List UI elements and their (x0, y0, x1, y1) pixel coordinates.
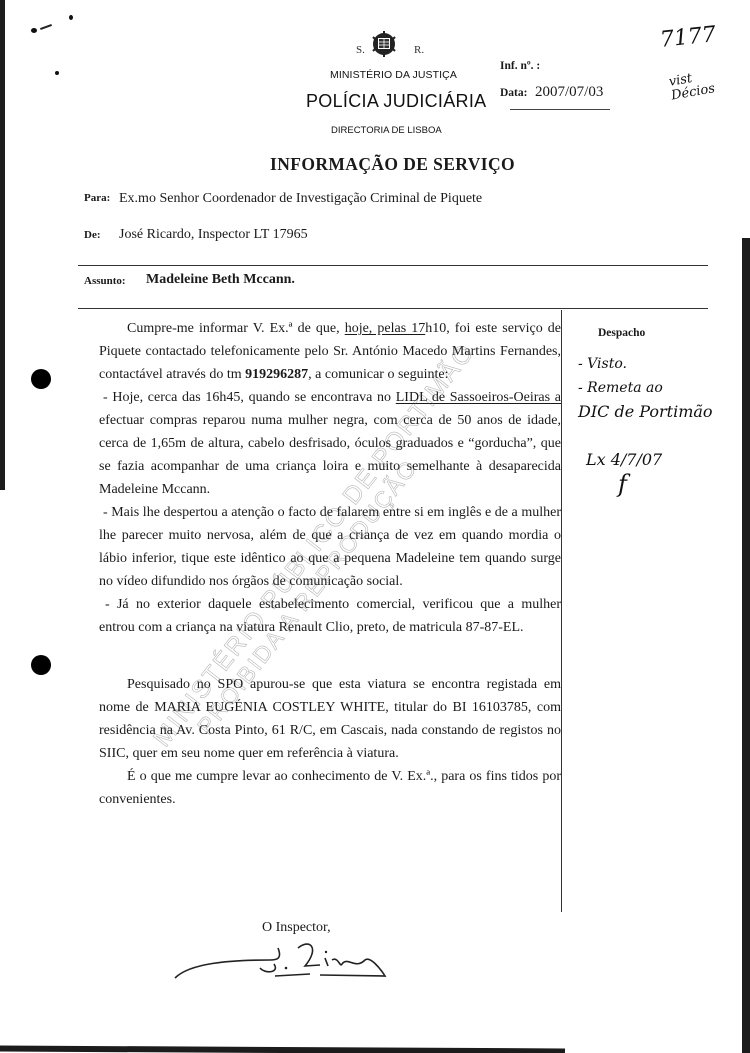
despacho-line: - Visto. (578, 352, 748, 376)
date-label: Data: (500, 87, 527, 99)
to-value: Ex.mo Senhor Coordenador de Investigação… (119, 191, 482, 207)
subject-label: Assunto: (84, 275, 126, 287)
paragraph-intro: Cumpre-me informar V. Ex.ª de que, hoje,… (99, 317, 561, 386)
punch-hole (31, 369, 51, 389)
despacho-handwritten: - Visto. - Remeta ao DIC de Portimão Lx … (578, 352, 748, 496)
document-title: INFORMAÇÃO DE SERVIÇO (270, 154, 515, 175)
despacho-line: - Remeta ao (578, 376, 748, 400)
closing-text: O Inspector, (262, 920, 331, 936)
header-s-letter: S. (356, 44, 365, 56)
paragraph-conclusion: É o que me cumpre levar ao conhecimento … (99, 765, 561, 811)
phone-number: 919296287 (245, 367, 308, 382)
scan-speck (31, 28, 37, 33)
scan-edge-left (0, 0, 5, 490)
date-underline (510, 109, 610, 110)
despacho-line (578, 424, 748, 448)
header-r-letter: R. (414, 44, 424, 56)
despacho-label: Despacho (598, 327, 645, 339)
agency-name: POLÍCIA JUDICIÁRIA (306, 91, 486, 112)
despacho-initial: f (578, 472, 748, 496)
scan-speck (69, 15, 73, 20)
punch-hole (31, 655, 51, 675)
ministry-name: MINISTÉRIO DA JUSTIÇA (330, 69, 457, 81)
directorate-name: DIRECTORIA DE LISBOA (331, 125, 442, 136)
from-value: José Ricardo, Inspector LT 17965 (119, 227, 308, 243)
inf-number-label: Inf. nº. : (500, 60, 540, 72)
handwritten-page-number: 7177 (659, 22, 717, 53)
column-divider (561, 310, 562, 912)
despacho-line: DIC de Portimão (578, 400, 748, 424)
handwritten-note-top: vist Décios (668, 68, 716, 104)
signature-icon (170, 938, 400, 983)
despacho-date: Lx 4/7/07 (578, 448, 748, 472)
from-label: De: (84, 229, 101, 241)
scan-edge-bottom (0, 1046, 565, 1053)
date-value: 2007/07/03 (535, 84, 603, 101)
paragraph-vehicle: - Já no exterior daquele estabelecimento… (99, 593, 561, 639)
scan-speck (40, 24, 52, 30)
to-label: Para: (84, 192, 110, 204)
divider-line (78, 308, 708, 309)
scan-speck (55, 71, 59, 75)
divider-line (78, 265, 708, 266)
coat-of-arms-icon (370, 31, 398, 57)
subject-value: Madeleine Beth Mccann. (146, 272, 295, 288)
paragraph-sighting: - Hoje, cerca das 16h45, quando se encon… (99, 386, 561, 501)
